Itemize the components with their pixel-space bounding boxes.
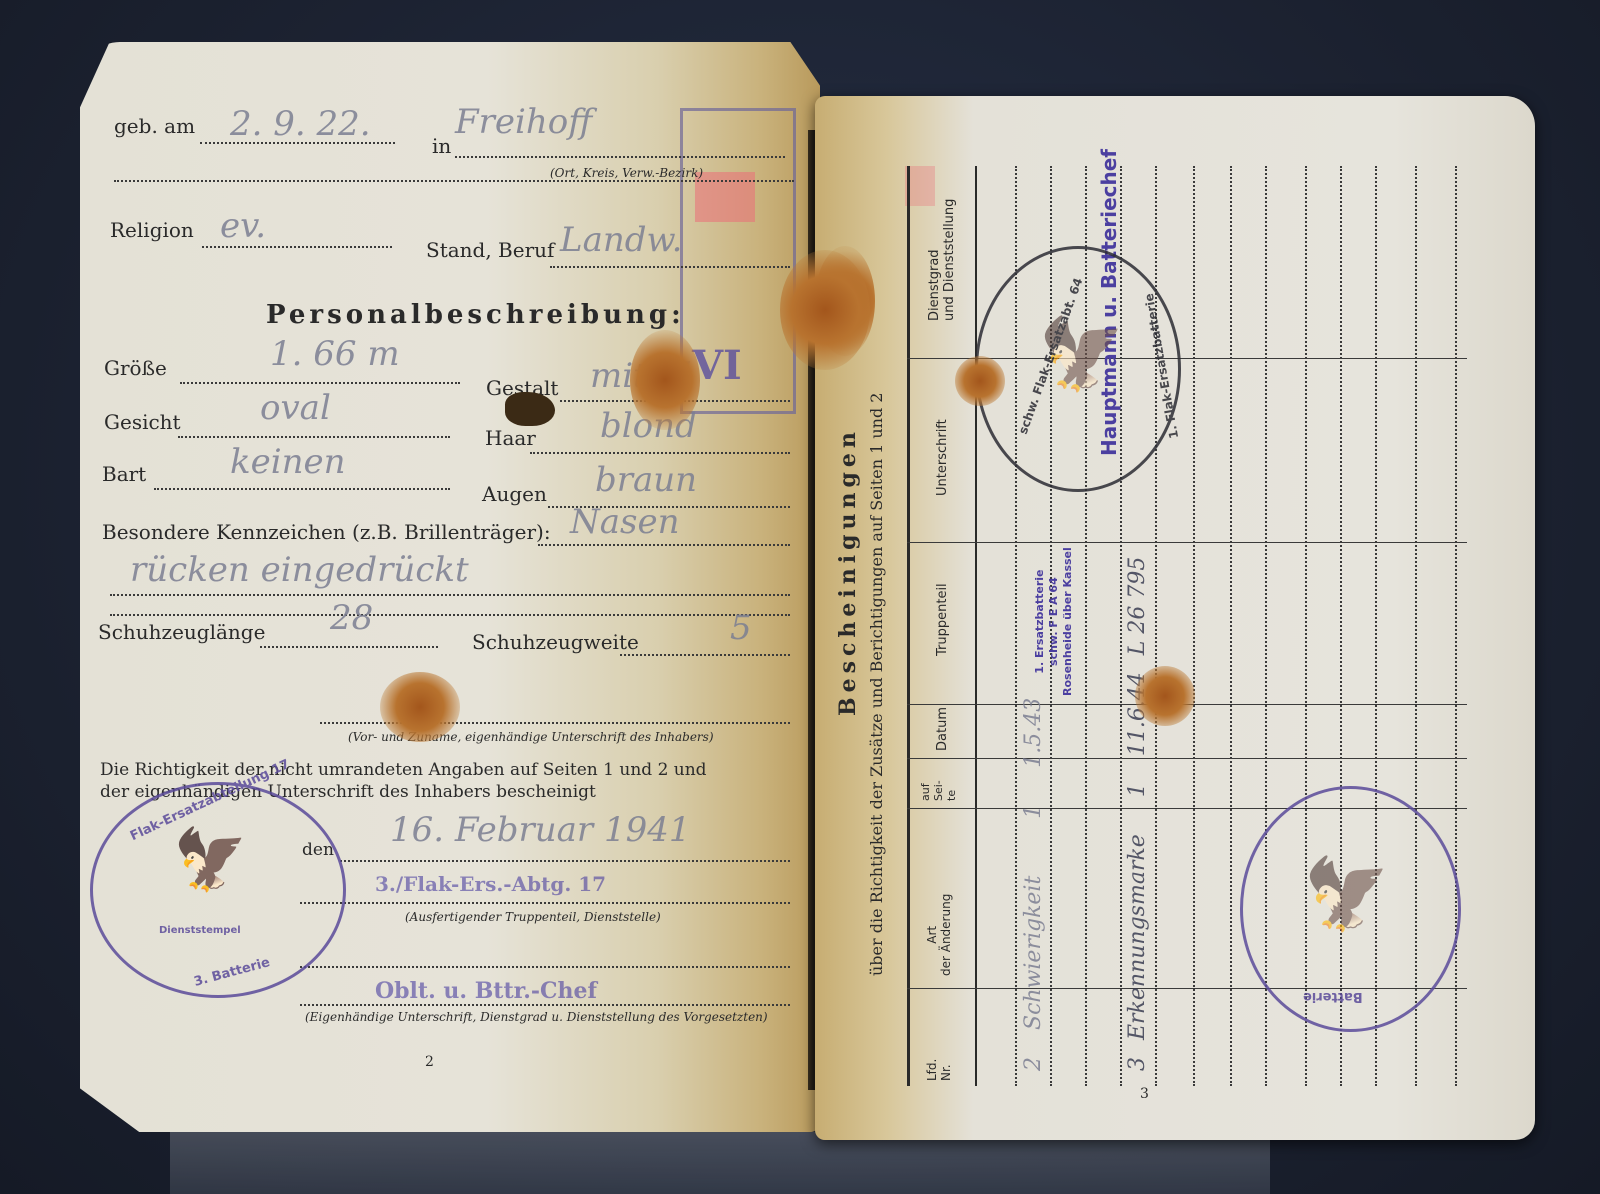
header-line: und Dienststellung xyxy=(942,199,957,321)
unit-stamp-line: 1. Ersatzbatterie xyxy=(1033,547,1047,696)
date-line xyxy=(340,860,790,862)
marks-label: Besondere Kennzeichen (z.B. Brillenträge… xyxy=(102,520,551,544)
marks-line-3 xyxy=(110,614,790,616)
row-page: 1 xyxy=(1021,805,1046,819)
occupation-value: Landw. xyxy=(560,220,682,260)
header-line: der Änderung xyxy=(939,894,953,976)
unit-stamp-line: schw. F E A 64 xyxy=(1047,547,1061,696)
marks-line-2 xyxy=(110,594,790,596)
height-value: 1. 66 m xyxy=(270,334,400,374)
rust-stain xyxy=(380,672,460,742)
face-value: oval xyxy=(260,388,331,428)
header-line: Lfd. xyxy=(925,1059,939,1081)
column-header-unit: Truppenteil xyxy=(935,583,950,656)
rust-stain xyxy=(630,330,700,430)
face-line xyxy=(178,436,450,438)
column-line xyxy=(1230,166,1232,1086)
religion-label: Religion xyxy=(110,218,194,242)
row-divider xyxy=(907,542,1467,543)
religion-line xyxy=(202,246,392,248)
header-line: Sei- xyxy=(932,780,945,801)
height-line xyxy=(180,382,460,384)
hair-line xyxy=(530,452,790,454)
eyes-value: braun xyxy=(595,460,697,500)
date-value: 16. Februar 1941 xyxy=(390,810,691,850)
eagle-icon: 🦅 xyxy=(1303,859,1390,929)
column-header-date: Datum xyxy=(935,707,950,751)
marks-value-1: Nasen xyxy=(570,502,680,542)
marks-value-2: rücken eingedrückt xyxy=(130,550,469,590)
rank-line xyxy=(300,1004,790,1006)
occupation-label: Stand, Beruf xyxy=(426,238,554,262)
unit-hint: (Ausfertigender Truppenteil, Dienststell… xyxy=(405,910,661,924)
page-title: Bescheinigungen xyxy=(835,427,861,716)
unit-stamp: 3./Flak-Ers.-Abtg. 17 xyxy=(375,872,606,896)
place-hint: (Ort, Kreis, Verw.-Bezirk) xyxy=(550,166,703,180)
page-title-text: Bescheinigungen xyxy=(835,427,861,716)
header-line: Dienstgrad xyxy=(927,199,942,321)
page-subtitle-text: über die Richtigkeit der Zusätze und Ber… xyxy=(867,393,886,976)
row-change: Erkennungsmarke xyxy=(1125,834,1150,1040)
row-divider xyxy=(907,758,1467,759)
beard-label: Bart xyxy=(102,462,146,486)
superior-hint: (Eigenhändige Unterschrift, Dienstgrad u… xyxy=(305,1010,768,1024)
table-header-divider xyxy=(975,166,977,1086)
column-header-signature: Unterschrift xyxy=(935,419,950,496)
header-line: auf xyxy=(919,780,932,801)
beard-value: keinen xyxy=(230,442,346,482)
header-line: Truppenteil xyxy=(935,583,950,656)
row-unit-note: L 26 795 xyxy=(1125,557,1150,656)
rank-stamp: Oblt. u. Bttr.-Chef xyxy=(375,978,597,1004)
born-label: geb. am xyxy=(114,114,195,138)
header-line: Nr. xyxy=(939,1059,953,1081)
row-number: 2 xyxy=(1021,1057,1046,1071)
in-line xyxy=(455,156,785,158)
religion-value: ev. xyxy=(220,206,266,246)
unit-line xyxy=(300,902,790,904)
shoe-length-label: Schuhzeuglänge xyxy=(98,620,265,644)
shoe-width-label: Schuhzeugweite xyxy=(472,630,639,654)
row-2-entry: 2 Schwierigkeit 1 1.5.43 xyxy=(1021,698,1046,1071)
row-page: 1 xyxy=(1125,783,1150,797)
height-label: Größe xyxy=(104,356,167,380)
eagle-icon: 🦅 xyxy=(173,830,248,890)
stamp-bottom-text: 3. Batterie xyxy=(192,955,271,990)
right-page-number: 3 xyxy=(1140,1086,1149,1102)
header-line: Art xyxy=(925,894,939,976)
rust-stain xyxy=(955,356,1005,406)
left-page: VI geb. am 2. 9. 22. in Freihoff (Ort, K… xyxy=(80,42,820,1132)
superior-signature-line xyxy=(300,966,790,968)
header-line: Datum xyxy=(935,707,950,751)
born-value: 2. 9. 22. xyxy=(230,104,371,144)
right-page: Bescheinigungen über die Richtigkeit der… xyxy=(815,96,1535,1140)
row-number: 3 xyxy=(1125,1057,1150,1071)
shoe-length-line xyxy=(260,646,438,648)
stamp-center-text: Dienststempel xyxy=(159,925,241,936)
row-3-entry: 3 Erkennungsmarke 1 11.6.44 L 26 795 xyxy=(1125,557,1150,1071)
table-border-left xyxy=(907,166,910,1086)
round-stamp-top: 🦅 schw. Flak-Ersatzabt. 64 1. Flak-Ersat… xyxy=(975,246,1181,492)
face-label: Gesicht xyxy=(104,410,181,434)
hair-label: Haar xyxy=(485,426,536,450)
stamp-bottom-text: Batterie xyxy=(1303,989,1363,1004)
place-line xyxy=(114,180,794,182)
column-header-page: auf Sei- te xyxy=(919,780,958,801)
round-stamp-bottom: 🦅 Batterie xyxy=(1240,786,1461,1032)
shoe-width-value: 5 xyxy=(730,608,752,648)
column-header-lfd-nr: Lfd. Nr. xyxy=(925,1059,953,1081)
unit-box-stamp: 1. Ersatzbatterie schw. F E A 64 Rosenhe… xyxy=(1033,547,1075,696)
page-subtitle: über die Richtigkeit der Zusätze und Ber… xyxy=(867,393,886,976)
paper-hole xyxy=(505,392,555,426)
in-label: in xyxy=(432,134,451,158)
column-header-change-type: Art der Änderung xyxy=(925,894,953,976)
in-value: Freihoff xyxy=(455,102,592,142)
shoe-width-line xyxy=(620,654,790,656)
row-change: Schwierigkeit xyxy=(1021,876,1046,1030)
rust-stain xyxy=(780,250,870,370)
beard-line xyxy=(154,488,450,490)
left-page-number: 2 xyxy=(425,1054,434,1070)
stamp-bottom-text: 1. Flak-Ersatzbatterie xyxy=(1142,292,1181,439)
eyes-label: Augen xyxy=(482,482,547,506)
shoe-length-value: 28 xyxy=(330,598,373,638)
header-line: Unterschrift xyxy=(935,419,950,496)
occupation-line xyxy=(550,266,790,268)
rust-stain xyxy=(1135,666,1195,726)
round-service-stamp: Flak-Ersatzabteilung 17 🦅 Dienststempel … xyxy=(90,782,346,998)
unit-stamp-line: Rosenheide über Kassel xyxy=(1061,547,1075,696)
certification-text-1: Die Richtigkeit der nicht umrandeten Ang… xyxy=(100,760,707,780)
header-line: te xyxy=(945,780,958,801)
row-date: 1.5.43 xyxy=(1021,698,1046,768)
marks-line-1 xyxy=(538,544,790,546)
column-line xyxy=(1193,166,1195,1086)
column-header-rank: Dienstgrad und Dienststellung xyxy=(927,199,957,321)
description-heading: Personalbeschreibung: xyxy=(266,300,685,330)
